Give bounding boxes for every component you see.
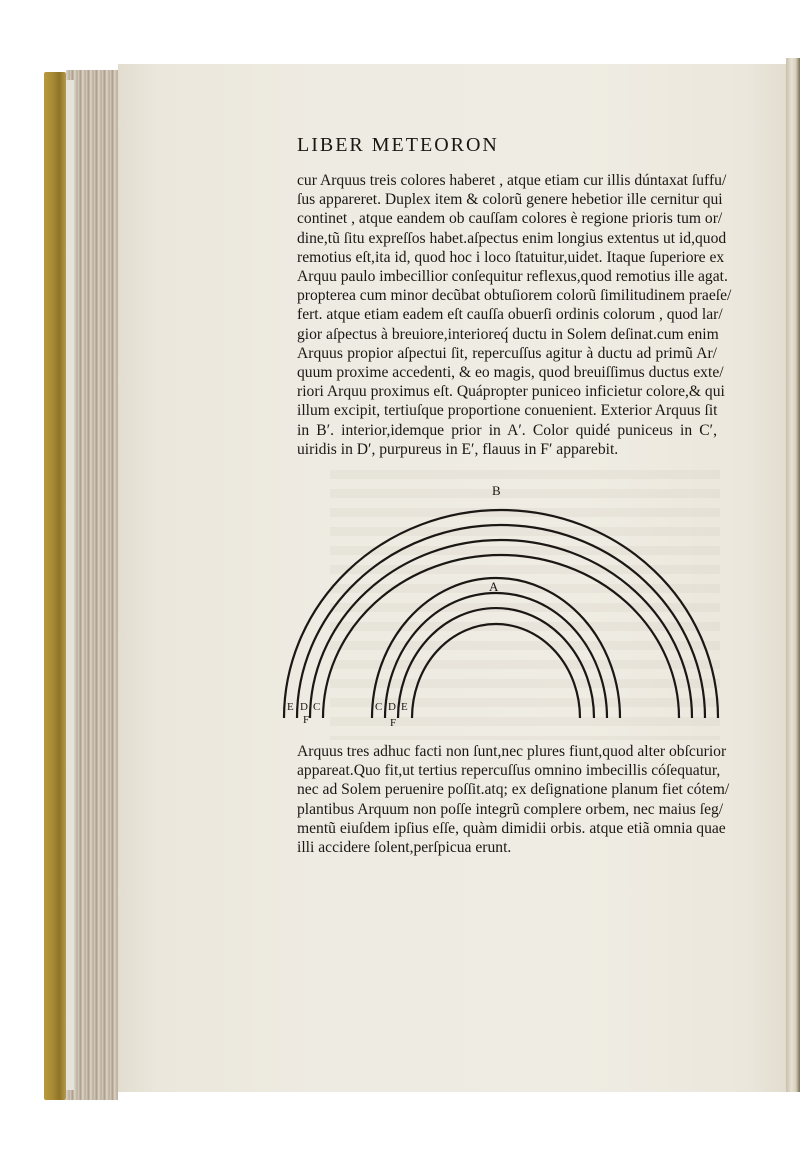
text-line: illi accidere ſolent,perſpicua erunt.	[297, 838, 717, 857]
text-block-top: cur Arquus treis colores haberet , atque…	[297, 171, 717, 459]
label-B: B	[492, 483, 501, 498]
label-A: A	[489, 579, 499, 594]
text-line: continet , atque eandem ob cauſſam color…	[297, 209, 717, 228]
text-line: quum proxime accedenti, & eo magis, quod…	[297, 363, 717, 382]
text-line: gior aſpectus à breuiore,interioreq́ duc…	[297, 325, 717, 344]
text-line: plantibus Arquum non poſſe integrũ compl…	[297, 800, 717, 819]
outer-band-label: E	[287, 701, 294, 713]
rainbow-diagram: B A E D C F C D E F	[270, 478, 740, 728]
text-line: appareat.Quo fit,ut tertius repercuſſus …	[297, 761, 717, 780]
text-line: nec ad Solem peruenire poſſit.atq; ex de…	[297, 780, 717, 799]
text-line: fert. atque etiam eadem eſt cauſſa obuer…	[297, 305, 717, 324]
text-line: remotius eſt,ita id, quod hoc i loco ſta…	[297, 248, 717, 267]
text-block-bottom: Arquus tres adhuc facti non ſunt,nec plu…	[297, 742, 717, 857]
text-line: mentũ eiuſdem ipſius eſſe, quàm dimidii …	[297, 819, 717, 838]
flyleaf-edge	[66, 80, 74, 1090]
text-line: in B′. interior,idemque prior in A′. Col…	[297, 421, 717, 440]
text-line: cur Arquus treis colores haberet , atque…	[297, 171, 717, 190]
book-photo: LIBER METEORON cur Arquus treis colores …	[0, 0, 800, 1153]
right-page-fore-edge	[786, 58, 800, 1092]
text-line: Arquus propior aſpectui ſit, repercuſſus…	[297, 344, 717, 363]
inner-band-label: D	[388, 701, 396, 713]
outer-band-label: C	[313, 701, 320, 713]
inner-band-label: E	[401, 701, 408, 713]
inner-band-label: C	[375, 701, 382, 713]
text-line: ſus appareret. Duplex item & colorũ gene…	[297, 190, 717, 209]
inner-bottom-label: F	[390, 717, 396, 728]
text-line: Arquu paulo imbecillior conſequitur refl…	[297, 267, 717, 286]
running-head: LIBER METEORON	[297, 134, 499, 157]
text-line: riori Arquu proximus eſt. Quápropter pun…	[297, 382, 717, 401]
text-line: Arquus tres adhuc facti non ſunt,nec plu…	[297, 742, 717, 761]
text-line: illum excipit, tertiuſque proportione co…	[297, 401, 717, 420]
outer-band-label: D	[300, 701, 308, 713]
vellum-binding-edge	[44, 72, 66, 1100]
text-line: propterea cum minor decũbat obtuſiorem c…	[297, 286, 717, 305]
text-line: dine,tũ ſitu expreſſos habet.aſpectus en…	[297, 229, 717, 248]
outer-bottom-label: F	[303, 714, 309, 726]
text-line: uiridis in D′, purpureus in E′, flauus i…	[297, 440, 717, 459]
